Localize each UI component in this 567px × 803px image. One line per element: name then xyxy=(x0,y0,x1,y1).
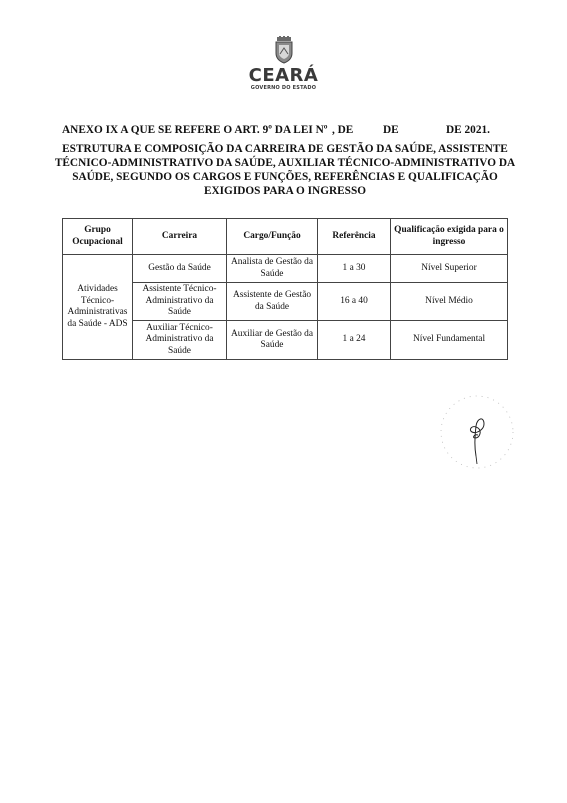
annex-heading-year: DE 2021. xyxy=(446,124,490,136)
header-qualificacao: Qualificação exigida para o ingresso xyxy=(391,219,508,255)
cell-qualificacao: Nível Médio xyxy=(391,283,508,321)
document-subtitle: ESTRUTURA E COMPOSIÇÃO DA CARREIRA DE GE… xyxy=(50,142,520,198)
cell-cargo: Analista de Gestão da Saúde xyxy=(227,255,318,283)
cell-grupo-ocupacional: Atividades Técnico-Administrativas da Sa… xyxy=(63,255,133,360)
cell-referencia: 1 a 30 xyxy=(318,255,391,283)
header-carreira: Carreira xyxy=(133,219,227,255)
header-cargo-funcao: Cargo/Função xyxy=(227,219,318,255)
header-grupo-ocupacional: Grupo Ocupacional xyxy=(63,219,133,255)
annex-heading-main: ANEXO IX A QUE SE REFERE O ART. 9º DA LE… xyxy=(62,124,327,136)
cell-qualificacao: Nível Superior xyxy=(391,255,508,283)
brand-subtitle: GOVERNO DO ESTADO xyxy=(0,85,567,92)
state-coat-of-arms-icon xyxy=(273,36,295,64)
header-referencia: Referência xyxy=(318,219,391,255)
cell-carreira: Auxiliar Técnico-Administrativo da Saúde xyxy=(133,321,227,360)
table-header-row: Grupo Ocupacional Carreira Cargo/Função … xyxy=(63,219,508,255)
handwritten-signature-icon xyxy=(432,390,522,472)
cell-carreira: Assistente Técnico-Administrativo da Saú… xyxy=(133,283,227,321)
career-structure-table: Grupo Ocupacional Carreira Cargo/Função … xyxy=(62,218,508,360)
table-row: Atividades Técnico-Administrativas da Sa… xyxy=(63,255,508,283)
cell-qualificacao: Nível Fundamental xyxy=(391,321,508,360)
annex-heading-month: DE xyxy=(383,124,399,136)
cell-carreira: Gestão da Saúde xyxy=(133,255,227,283)
cell-cargo: Assistente de Gestão da Saúde xyxy=(227,283,318,321)
cell-referencia: 1 a 24 xyxy=(318,321,391,360)
brand-name: CEARÁ xyxy=(0,67,567,85)
cell-cargo: Auxiliar de Gestão da Saúde xyxy=(227,321,318,360)
ceara-logo: CEARÁ GOVERNO DO ESTADO xyxy=(0,36,567,92)
cell-referencia: 16 a 40 xyxy=(318,283,391,321)
annex-heading-day: , DE xyxy=(332,124,353,136)
